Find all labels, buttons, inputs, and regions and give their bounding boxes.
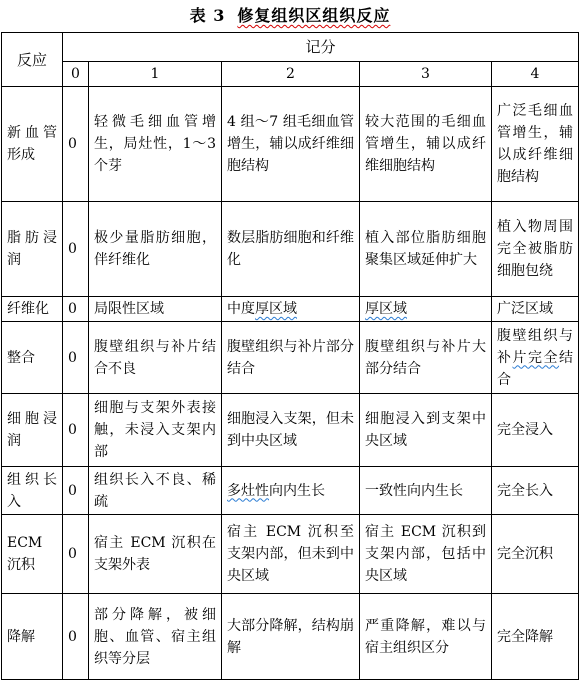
score-4-cell: 完全浸入 bbox=[492, 394, 579, 467]
score-2-cell: 大部分降解，结构崩解 bbox=[222, 594, 360, 680]
cell-text: 细胞浸入支架，但未到中央区域 bbox=[227, 411, 354, 449]
cell-text: 完全沉积 bbox=[497, 546, 553, 562]
score-3-cell: 腹壁组织与补片大部分结合 bbox=[360, 322, 492, 394]
table-row: 降解0部分降解，被细胞、血管、宿主组织等分层大部分降解，结构崩解严重降解，难以与… bbox=[2, 594, 579, 680]
cell-text: 植入部位脂肪细胞聚集区域延伸扩大 bbox=[365, 230, 486, 268]
header-score-1: 1 bbox=[89, 62, 222, 87]
table-row: 组织长入0组织长入不良、稀疏多灶性向内生长一致性向内生长完全长入 bbox=[2, 467, 579, 515]
score-0-cell: 0 bbox=[63, 322, 89, 394]
score-columns-row: 01234 bbox=[2, 62, 579, 87]
score-1-cell: 细胞与支架外表接触，未浸入支架内部 bbox=[89, 394, 222, 467]
reaction-cell: 降解 bbox=[2, 594, 63, 680]
cell-text: 广泛区域 bbox=[497, 301, 553, 317]
score-3-cell: 厚区域 bbox=[360, 297, 492, 322]
score-2-cell: 中度厚区域 bbox=[222, 297, 360, 322]
table-row: 纤维化0局限性区域中度厚区域厚区域广泛区域 bbox=[2, 297, 579, 322]
cell-text: 腹壁组织与补片大部分结合 bbox=[365, 339, 486, 377]
document-page: 表 3修复组织区组织反应 反应 记分 01234 新血管形成0轻微毛细血管增生，… bbox=[0, 0, 580, 681]
cell-text: 局限性区域 bbox=[94, 301, 164, 317]
score-0-cell: 0 bbox=[63, 515, 89, 594]
spellcheck-marked-text: 多灶性 bbox=[227, 483, 269, 499]
score-0-cell: 0 bbox=[63, 202, 89, 297]
reaction-cell: 新血管形成 bbox=[2, 87, 63, 202]
cell-text: 完全长入 bbox=[497, 483, 553, 499]
score-2-cell: 数层脂肪细胞和纤维化 bbox=[222, 202, 360, 297]
table-row: 新血管形成0轻微毛细血管增生，局灶性，1～3 个芽4 组～7 组毛细血管增生，辅… bbox=[2, 87, 579, 202]
score-1-cell: 宿主 ECM 沉积在支架外表 bbox=[89, 515, 222, 594]
score-0-cell: 0 bbox=[63, 394, 89, 467]
cell-text: 广泛毛细血管增生，辅以成纤维细胞结构 bbox=[497, 103, 573, 185]
reaction-cell: 纤维化 bbox=[2, 297, 63, 322]
table-title-number: 表 3 bbox=[190, 6, 226, 25]
table-row: ECM 沉积0宿主 ECM 沉积在支架外表宿主 ECM 沉积至支架内部，但未到中… bbox=[2, 515, 579, 594]
score-1-cell: 部分降解，被细胞、血管、宿主组织等分层 bbox=[89, 594, 222, 680]
score-3-cell: 细胞浸入到支架中央区域 bbox=[360, 394, 492, 467]
cell-text: 完全浸入 bbox=[497, 422, 553, 438]
reaction-cell: ECM 沉积 bbox=[2, 515, 63, 594]
table-title-text: 修复组织区组织反应 bbox=[237, 6, 390, 25]
spellcheck-marked-text: 片完全 bbox=[513, 350, 560, 366]
table-row: 细胞浸润0细胞与支架外表接触，未浸入支架内部细胞浸入支架，但未到中央区域细胞浸入… bbox=[2, 394, 579, 467]
cell-text: 宿主 ECM 沉积在支架外表 bbox=[94, 535, 216, 573]
header-score: 记分 bbox=[63, 33, 579, 62]
score-4-cell: 完全降解 bbox=[492, 594, 579, 680]
score-3-cell: 植入部位脂肪细胞聚集区域延伸扩大 bbox=[360, 202, 492, 297]
table-title: 表 3修复组织区组织反应 bbox=[0, 0, 580, 32]
cell-text: 组织长入不良、稀疏 bbox=[94, 472, 216, 510]
score-4-cell: 完全沉积 bbox=[492, 515, 579, 594]
score-2-cell: 多灶性向内生长 bbox=[222, 467, 360, 515]
score-1-cell: 组织长入不良、稀疏 bbox=[89, 467, 222, 515]
table-row: 整合0腹壁组织与补片结合不良腹壁组织与补片部分结合腹壁组织与补片大部分结合腹壁组… bbox=[2, 322, 579, 394]
score-1-cell: 极少量脂肪细胞，伴纤维化 bbox=[89, 202, 222, 297]
cell-text: 4 组～7 组毛细血管增生，辅以成纤维细胞结构 bbox=[227, 114, 354, 174]
spellcheck-marked-text: 厚区域 bbox=[365, 301, 407, 317]
score-0-cell: 0 bbox=[63, 594, 89, 680]
score-0-cell: 0 bbox=[63, 87, 89, 202]
table-row: 脂肪浸润0极少量脂肪细胞，伴纤维化数层脂肪细胞和纤维化植入部位脂肪细胞聚集区域延… bbox=[2, 202, 579, 297]
cell-text: 腹壁组织与补片结合不良 bbox=[94, 339, 216, 377]
header-score-2: 2 bbox=[222, 62, 360, 87]
cell-text: 腹壁组织与补片部分结合 bbox=[227, 339, 354, 377]
score-3-cell: 严重降解，难以与宿主组织区分 bbox=[360, 594, 492, 680]
score-4-cell: 植入物周围完全被脂肪细胞包绕 bbox=[492, 202, 579, 297]
score-3-cell: 一致性向内生长 bbox=[360, 467, 492, 515]
cell-text: 宿主 ECM 沉积至支架内部，但未到中央区域 bbox=[227, 524, 354, 584]
score-2-cell: 宿主 ECM 沉积至支架内部，但未到中央区域 bbox=[222, 515, 360, 594]
score-0-cell: 0 bbox=[63, 297, 89, 322]
cell-text: 数层脂肪细胞和纤维化 bbox=[227, 230, 354, 268]
score-4-cell: 广泛区域 bbox=[492, 297, 579, 322]
score-1-cell: 轻微毛细血管增生，局灶性，1～3 个芽 bbox=[89, 87, 222, 202]
reaction-cell: 脂肪浸润 bbox=[2, 202, 63, 297]
score-2-cell: 腹壁组织与补片部分结合 bbox=[222, 322, 360, 394]
cell-text: 细胞与支架外表接触，未浸入支架内部 bbox=[94, 400, 216, 460]
score-1-cell: 腹壁组织与补片结合不良 bbox=[89, 322, 222, 394]
reaction-cell: 组织长入 bbox=[2, 467, 63, 515]
cell-text: 宿主 ECM 沉积到支架内部，包括中央区域 bbox=[365, 524, 486, 584]
reaction-cell: 细胞浸润 bbox=[2, 394, 63, 467]
cell-text: 轻微毛细血管增生，局灶性，1～3 个芽 bbox=[94, 114, 216, 174]
cell-text: 植入物周围完全被脂肪细胞包绕 bbox=[497, 219, 573, 279]
tissue-reaction-table: 反应 记分 01234 新血管形成0轻微毛细血管增生，局灶性，1～3 个芽4 组… bbox=[1, 32, 579, 680]
score-2-cell: 细胞浸入支架，但未到中央区域 bbox=[222, 394, 360, 467]
cell-text: 一致性向内生长 bbox=[365, 483, 463, 499]
score-3-cell: 较大范围的毛细血管增生，辅以成纤维细胞结构 bbox=[360, 87, 492, 202]
reaction-cell: 整合 bbox=[2, 322, 63, 394]
score-2-cell: 4 组～7 组毛细血管增生，辅以成纤维细胞结构 bbox=[222, 87, 360, 202]
cell-text: 细胞浸入到支架中央区域 bbox=[365, 411, 486, 449]
cell-text: 严重降解，难以与宿主组织区分 bbox=[365, 618, 486, 656]
cell-text: 中度 bbox=[227, 301, 255, 317]
cell-text: 部分降解，被细胞、血管、宿主组织等分层 bbox=[94, 607, 216, 667]
score-4-cell: 腹壁组织与补片完全结合 bbox=[492, 322, 579, 394]
cell-text: 向内生长 bbox=[269, 483, 325, 499]
score-3-cell: 宿主 ECM 沉积到支架内部，包括中央区域 bbox=[360, 515, 492, 594]
header-score-3: 3 bbox=[360, 62, 492, 87]
cell-text: 完全降解 bbox=[497, 629, 553, 645]
header-score-0: 0 bbox=[63, 62, 89, 87]
header-score-4: 4 bbox=[492, 62, 579, 87]
cell-text: 极少量脂肪细胞，伴纤维化 bbox=[94, 230, 216, 268]
spellcheck-marked-text: 厚区域 bbox=[255, 301, 297, 317]
cell-text: 较大范围的毛细血管增生，辅以成纤维细胞结构 bbox=[365, 114, 486, 174]
cell-text: 大部分降解，结构崩解 bbox=[227, 618, 354, 656]
header-reaction: 反应 bbox=[2, 33, 63, 87]
score-4-cell: 广泛毛细血管增生，辅以成纤维细胞结构 bbox=[492, 87, 579, 202]
score-4-cell: 完全长入 bbox=[492, 467, 579, 515]
score-1-cell: 局限性区域 bbox=[89, 297, 222, 322]
score-0-cell: 0 bbox=[63, 467, 89, 515]
